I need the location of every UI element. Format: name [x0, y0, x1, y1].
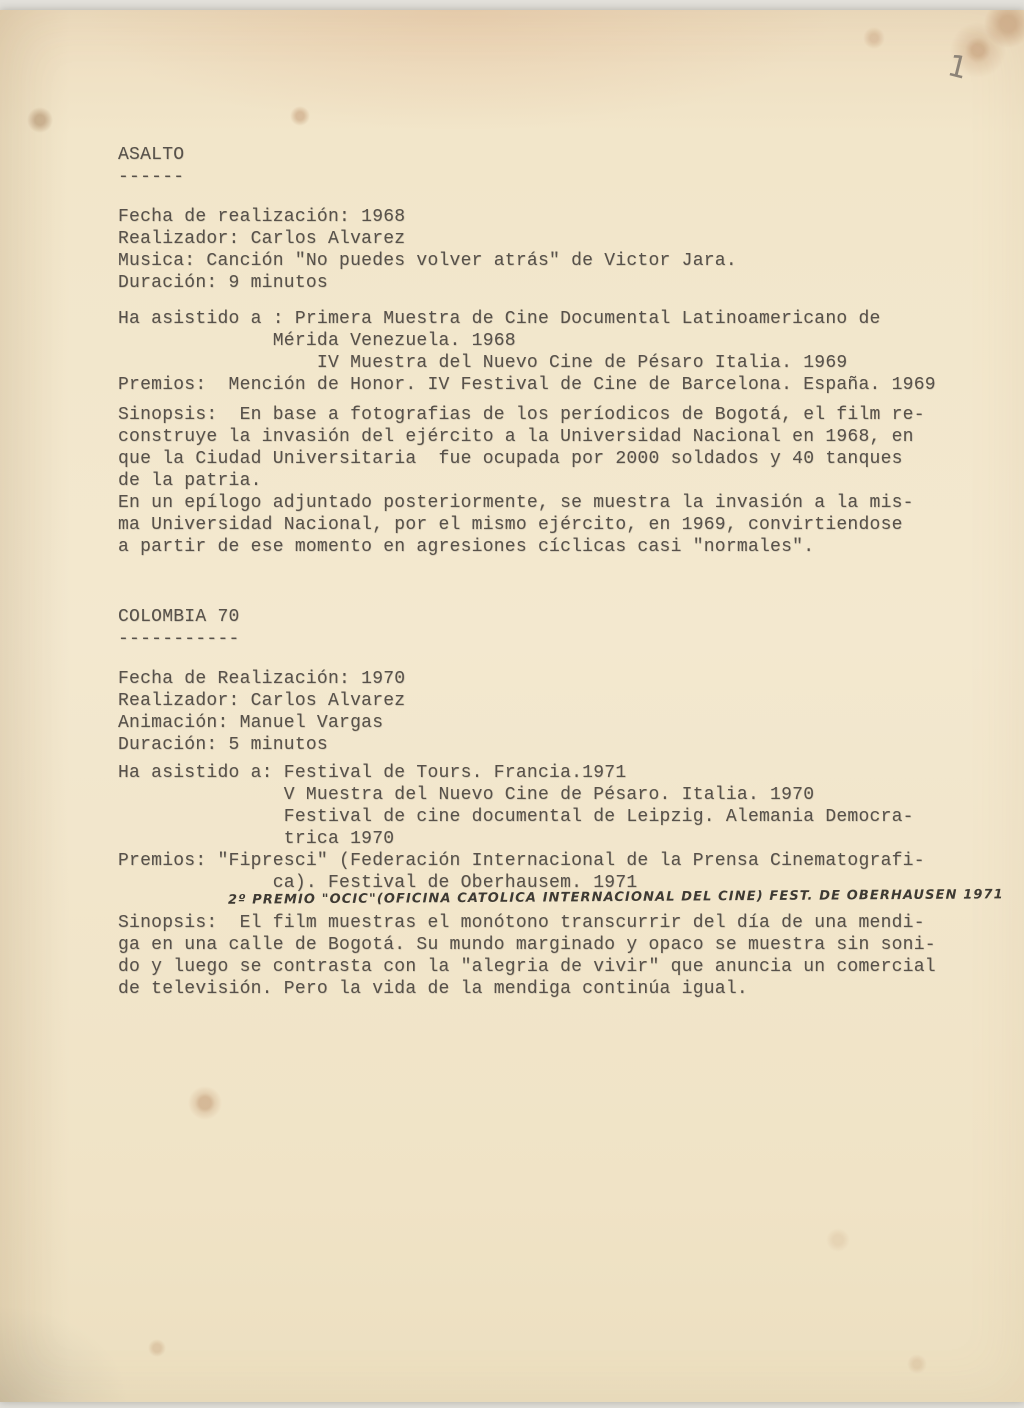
document-page: 1 ASALTO ------ Fecha de realización: 19… [0, 10, 1024, 1402]
asalto-section-title: ASALTO ------ [118, 144, 184, 188]
colombia70-section-title: COLOMBIA 70 ----------- [118, 606, 240, 650]
asalto-credits: Fecha de realización: 1968 Realizador: C… [118, 206, 737, 294]
asalto-festivals-awards: Ha asistido a : Primera Muestra de Cine … [118, 308, 936, 396]
asalto-synopsis: Sinopsis: En base a fotografias de los p… [118, 404, 925, 558]
colombia70-synopsis: Sinopsis: El film muestras el monótono t… [118, 912, 936, 1000]
handwritten-page-number: 1 [944, 48, 971, 87]
colombia70-credits: Fecha de Realización: 1970 Realizador: C… [118, 668, 405, 756]
colombia70-festivals-awards: Ha asistido a: Festival de Tours. Franci… [118, 762, 925, 894]
